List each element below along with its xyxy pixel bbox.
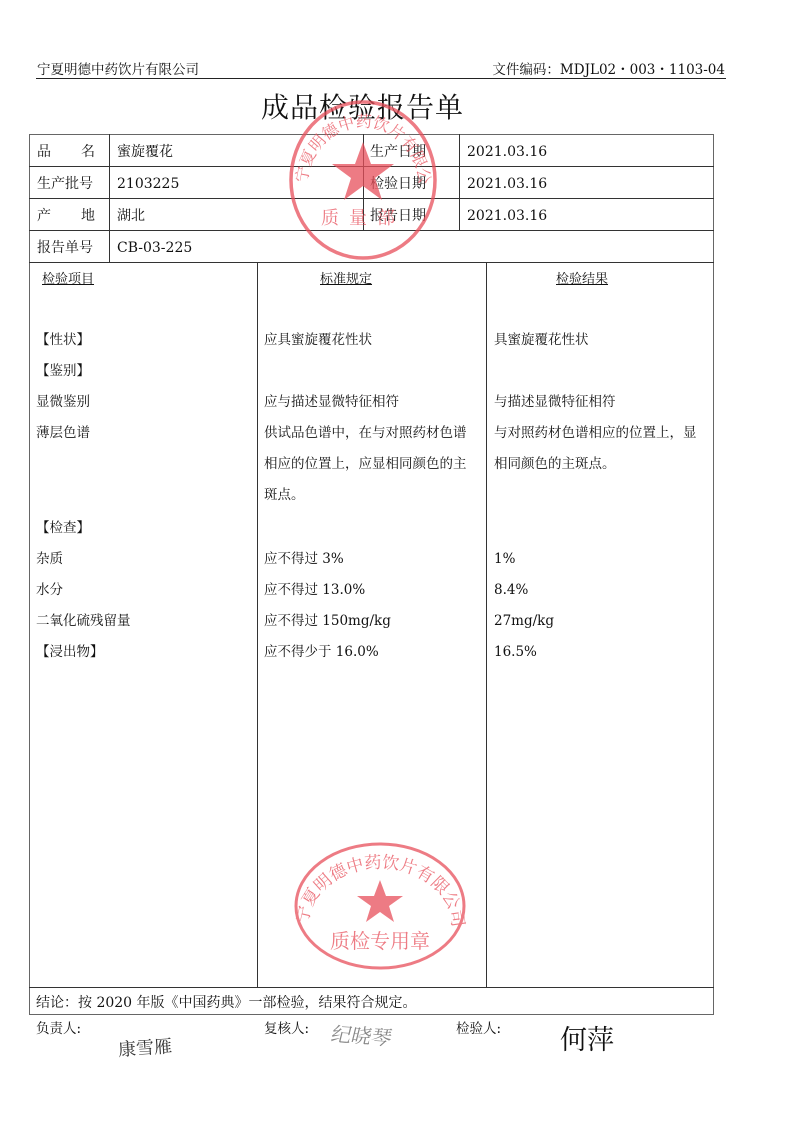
responsible-label: 负责人: — [36, 1017, 81, 1037]
standard-text: 斑点。 — [264, 480, 305, 511]
prod-date-value: 2021.03.16 — [467, 143, 547, 161]
test-item: 薄层色谱 — [36, 418, 90, 449]
inspector-signature: 何萍 — [560, 1018, 614, 1057]
col-divider — [109, 134, 110, 262]
report-no-label: 报告单号 — [37, 239, 93, 257]
test-item: 【性状】 — [36, 325, 90, 356]
report-no-value: CB-03-225 — [117, 239, 192, 257]
batch-value: 2103225 — [117, 175, 179, 193]
test-item: 二氧化硫残留量 — [36, 606, 131, 637]
result-text: 1% — [494, 544, 515, 575]
standard-text: 相应的位置上，应显相同颜色的主 — [264, 449, 467, 480]
conclusion-divider — [29, 987, 714, 988]
result-text: 16.5% — [494, 637, 537, 668]
header-result: 检验结果 — [556, 271, 608, 289]
result-text: 与描述显微特征相符 — [494, 387, 616, 418]
result-text: 相同颜色的主斑点。 — [494, 449, 616, 480]
standard-text: 应不得过 150mg/kg — [264, 606, 391, 637]
standard-text: 供试品色谱中，在与对照药材色谱 — [264, 418, 467, 449]
company-name: 宁夏明德中药饮片有限公司 — [37, 58, 199, 78]
conclusion: 结论：按 2020 年版《中国药典》一部检验，结果符合规定。 — [36, 994, 417, 1012]
label-char: 品 — [37, 143, 51, 161]
row-divider — [29, 198, 714, 199]
origin-label: 产地 — [37, 207, 95, 225]
report-date-value: 2021.03.16 — [467, 207, 547, 225]
header-rule — [36, 78, 726, 79]
standard-text: 应具蜜旋覆花性状 — [264, 325, 372, 356]
result-text: 具蜜旋覆花性状 — [494, 325, 589, 356]
test-item: 【检查】 — [36, 513, 90, 544]
row-divider — [29, 262, 714, 263]
test-item: 水分 — [36, 575, 63, 606]
col-divider — [486, 262, 487, 987]
col-divider — [363, 134, 364, 230]
page-title: 成品检验报告单 — [0, 86, 725, 126]
prod-date-label: 生产日期 — [370, 143, 426, 161]
test-item: 【鉴别】 — [36, 356, 90, 387]
standard-text: 应不得少于 16.0% — [264, 637, 379, 668]
standard-text: 应与描述显微特征相符 — [264, 387, 399, 418]
batch-label: 生产批号 — [37, 175, 93, 193]
product-name-label: 品名 — [37, 143, 95, 161]
test-item: 杂质 — [36, 544, 63, 575]
label-char: 地 — [81, 207, 95, 225]
row-divider — [29, 166, 714, 167]
col-divider — [459, 134, 460, 230]
col-divider — [257, 262, 258, 987]
standard-text: 应不得过 13.0% — [264, 575, 365, 606]
reviewer-signature: 纪晓琴 — [329, 1018, 396, 1051]
result-text: 27mg/kg — [494, 606, 554, 637]
responsible-signature: 康雪雁 — [117, 1032, 173, 1062]
origin-value: 湖北 — [117, 207, 145, 225]
reviewer-label: 复核人: — [264, 1017, 309, 1037]
result-text: 与对照药材色谱相应的位置上，显 — [494, 418, 697, 449]
label-char: 名 — [81, 143, 95, 161]
document-code: 文件编码：MDJL02・003・1103-04 — [492, 58, 725, 78]
standard-text: 应不得过 3% — [264, 544, 344, 575]
report-table — [29, 134, 714, 1015]
test-date-value: 2021.03.16 — [467, 175, 547, 193]
result-text: 8.4% — [494, 575, 528, 606]
header-standard: 标准规定 — [320, 271, 372, 289]
inspector-label: 检验人: — [456, 1017, 501, 1037]
row-divider — [29, 230, 714, 231]
label-char: 产 — [37, 207, 51, 225]
test-item: 【浸出物】 — [36, 637, 104, 668]
report-date-label: 报告日期 — [370, 207, 426, 225]
test-date-label: 检验日期 — [370, 175, 426, 193]
product-name-value: 蜜旋覆花 — [117, 143, 173, 161]
test-item: 显微鉴别 — [36, 387, 90, 418]
header-test-item: 检验项目 — [42, 271, 94, 289]
